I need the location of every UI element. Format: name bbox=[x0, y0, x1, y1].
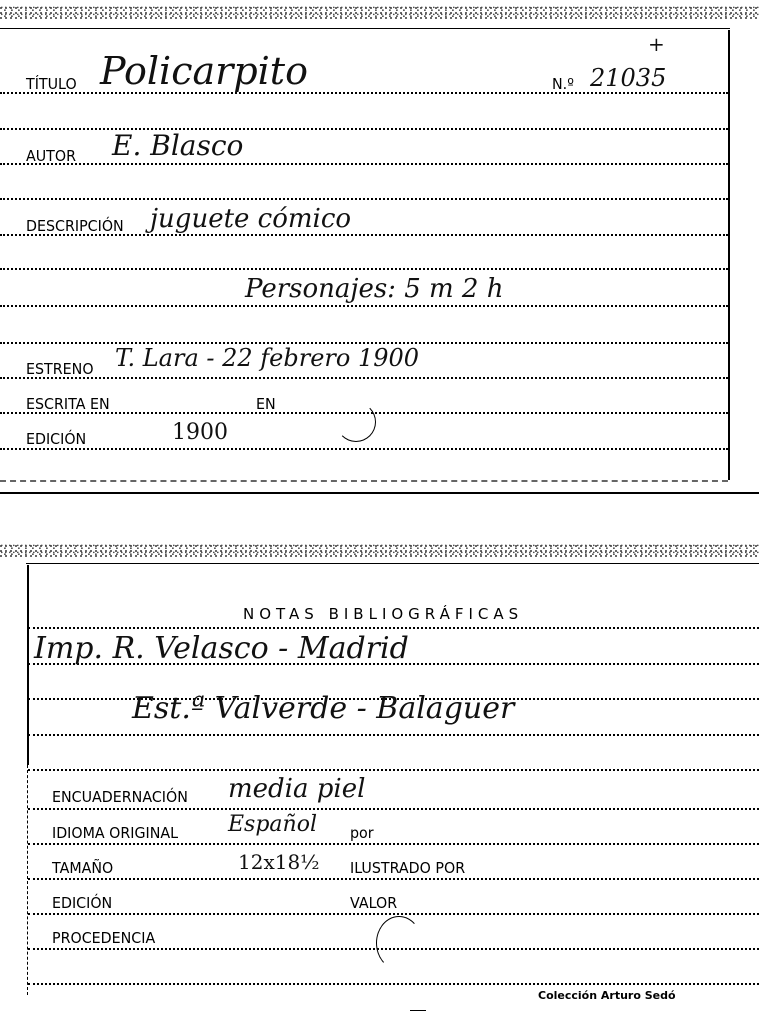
idioma-original-value[interactable]: Español bbox=[228, 814, 317, 836]
notas-heading: NOTAS BIBLIOGRÁFICAS bbox=[243, 607, 523, 622]
ilustrado-por-label: ILUSTRADO POR bbox=[350, 861, 465, 876]
rule bbox=[0, 268, 728, 270]
por-label: por bbox=[350, 826, 374, 841]
rule bbox=[0, 480, 728, 482]
scan-edge-top bbox=[0, 544, 759, 558]
descripcion-extra[interactable]: Personajes: 5 m 2 h bbox=[245, 276, 503, 302]
card-top-border bbox=[26, 563, 759, 564]
escrita-en-label: ESCRITA EN bbox=[26, 397, 110, 412]
rule bbox=[28, 769, 759, 771]
scan-edge-top bbox=[0, 6, 759, 20]
estreno-label: ESTRENO bbox=[26, 362, 94, 377]
tamano-label: TAMAÑO bbox=[52, 861, 113, 876]
collection-footer: Colección Arturo Sedó bbox=[538, 989, 676, 1002]
rule bbox=[0, 128, 728, 130]
stamp-mark bbox=[376, 916, 422, 970]
plus-mark: + bbox=[648, 34, 665, 54]
note-line-2[interactable]: Est.ª Valverde - Balaguer bbox=[132, 694, 514, 724]
idioma-original-label: IDIOMA ORIGINAL bbox=[52, 826, 178, 841]
edicion-back-label: EDICIÓN bbox=[52, 896, 112, 911]
encuadernacion-value[interactable]: media piel bbox=[228, 776, 365, 802]
note-line-1[interactable]: Imp. R. Velasco - Madrid bbox=[34, 634, 409, 664]
estreno-value[interactable]: T. Lara - 22 febrero 1900 bbox=[115, 346, 419, 370]
valor-label: VALOR bbox=[350, 896, 397, 911]
procedencia-label: PROCEDENCIA bbox=[52, 931, 155, 946]
edicion-label: EDICIÓN bbox=[26, 432, 86, 447]
rule bbox=[28, 913, 759, 915]
stamp-mark bbox=[336, 402, 376, 442]
card-right-border bbox=[728, 30, 730, 480]
bottom-dash bbox=[410, 1010, 426, 1011]
rule bbox=[28, 808, 759, 810]
numero-label: N.º bbox=[552, 77, 574, 92]
rule bbox=[0, 305, 728, 307]
titulo-value[interactable]: Policarpito bbox=[100, 52, 308, 90]
rule bbox=[28, 843, 759, 845]
card-bottom-edge bbox=[0, 492, 759, 494]
card-top-border bbox=[0, 28, 730, 29]
encuadernacion-label: ENCUADERNACIÓN bbox=[52, 790, 188, 805]
rule bbox=[0, 448, 728, 450]
rule bbox=[28, 734, 759, 736]
rule bbox=[28, 878, 759, 880]
rule bbox=[28, 983, 759, 985]
card-left-border-dashed bbox=[27, 765, 28, 995]
rule bbox=[0, 198, 728, 200]
descripcion-label: DESCRIPCIÓN bbox=[26, 219, 124, 234]
autor-label: AUTOR bbox=[26, 149, 76, 164]
rule bbox=[0, 163, 728, 165]
escrita-en-en-label: EN bbox=[256, 397, 276, 412]
edicion-value[interactable]: 1900 bbox=[172, 422, 228, 444]
titulo-label: TÍTULO bbox=[26, 77, 77, 92]
descripcion-value[interactable]: juguete cómico bbox=[150, 206, 351, 232]
rule bbox=[28, 627, 759, 629]
numero-value[interactable]: 21035 bbox=[590, 66, 666, 90]
autor-value[interactable]: E. Blasco bbox=[112, 132, 243, 160]
rule bbox=[0, 377, 728, 379]
tamano-value[interactable]: 12x18½ bbox=[238, 852, 320, 872]
